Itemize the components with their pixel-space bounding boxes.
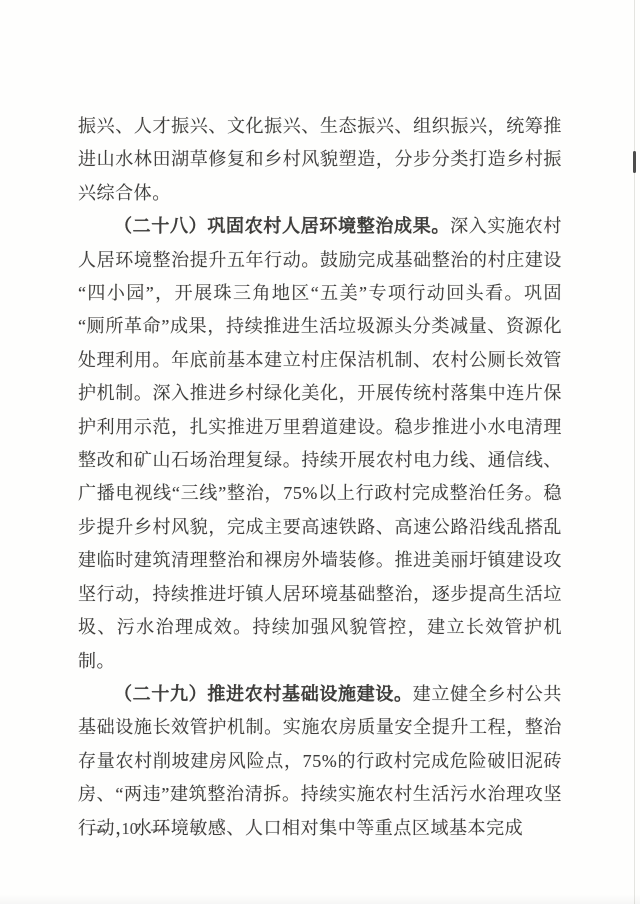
- paragraph-text: 深入实施农村人居环境整治提升五年行动。鼓励完成基础整治的村庄建设“四小园”，开展…: [78, 216, 562, 670]
- footer-dash-left: —: [92, 819, 109, 839]
- paragraph-continuation: 振兴、人才振兴、文化振兴、生态振兴、组织振兴，统筹推进山水林田湖草修复和乡村风貌…: [78, 110, 562, 210]
- section-heading: （二十九）推进农村基础设施建设。: [114, 684, 413, 704]
- document-body: 振兴、人才振兴、文化振兴、生态振兴、组织振兴，统筹推进山水林田湖草修复和乡村风貌…: [78, 110, 562, 845]
- footer-dash-right: —: [151, 819, 168, 839]
- section-heading: （二十八）巩固农村人居环境整治成果。: [114, 216, 450, 236]
- scanned-document-page: 振兴、人才振兴、文化振兴、生态振兴、组织振兴，统筹推进山水林田湖草修复和乡村风貌…: [0, 0, 640, 904]
- page-number: 10: [122, 819, 139, 839]
- scan-edge-line: [634, 0, 635, 904]
- page-footer: — 10 —: [92, 819, 168, 839]
- scan-blemish-mark: [633, 151, 636, 173]
- paragraph-section-28: （二十八）巩固农村人居环境整治成果。深入实施农村人居环境整治提升五年行动。鼓励完…: [78, 210, 562, 678]
- paragraph-text: 振兴、人才振兴、文化振兴、生态振兴、组织振兴，统筹推进山水林田湖草修复和乡村风貌…: [78, 116, 562, 203]
- scan-bottom-shade: [0, 894, 640, 904]
- paragraph-text: 建立健全乡村公共基础设施长效管护机制。实施农房质量安全提升工程，整治存量农村削坡…: [78, 684, 562, 838]
